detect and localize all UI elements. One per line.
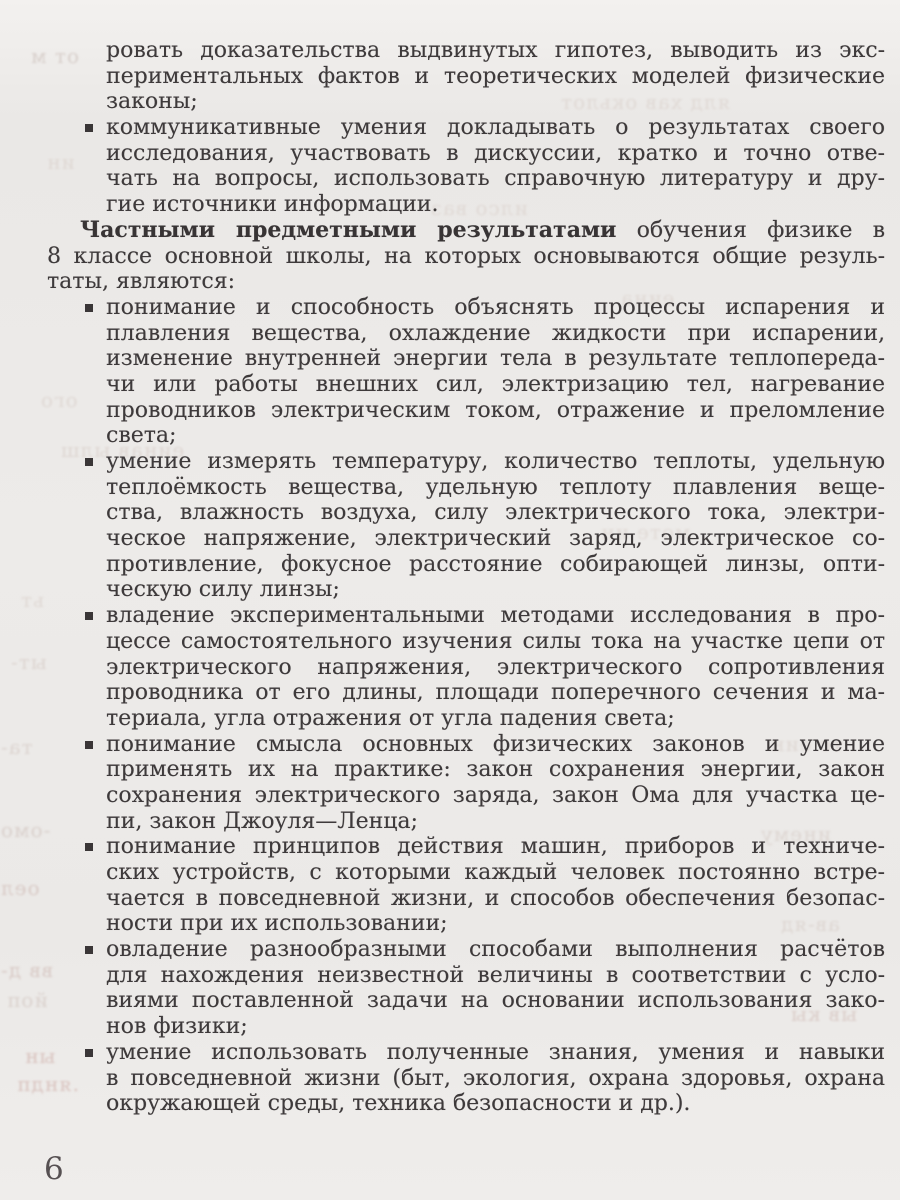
text-line: законы; <box>106 89 885 115</box>
body-text: чать на вопросы, использовать справочную… <box>106 166 885 191</box>
body-text: периментальных фактов и теоретических мо… <box>106 64 885 89</box>
text-line: плавления вещества, охлаждение жидкости … <box>106 321 885 347</box>
text-line: нов физики; <box>106 1014 885 1040</box>
text-line: проводника от его длины, площади попереч… <box>106 680 885 706</box>
text-line: для нахождения неизвестной величины в со… <box>106 963 885 989</box>
body-text: противление, фокусное расстояние собираю… <box>106 552 885 577</box>
bullet-item: коммуникативные умения докладывать о рез… <box>47 115 885 218</box>
body-text: исследования, участвовать в дискуссии, к… <box>106 141 885 166</box>
text-column: ровать доказательства выдвинутых гипотез… <box>47 38 885 1117</box>
text-line: чается в повседневной жизни, и способов … <box>106 886 885 912</box>
text-line: владение экспериментальными методами исс… <box>106 603 885 629</box>
body-text: света; <box>106 423 176 448</box>
body-text: пи, закон Джоуля—Ленца; <box>106 809 418 834</box>
text-line: понимание принципов действия машин, приб… <box>106 834 885 860</box>
bleedthrough-text: та- <box>0 735 33 759</box>
body-text: обучения физике в <box>616 218 885 243</box>
text-line: ческую силу линзы; <box>106 577 885 603</box>
bullet-item: понимание смысла основных физических зак… <box>47 732 885 835</box>
bullet-marker <box>85 612 93 620</box>
body-text: ровать доказательства выдвинутых гипотез… <box>106 38 885 63</box>
text-line: понимание смысла основных физических зак… <box>106 732 885 758</box>
body-text: окружающей среды, техника безопасности и… <box>106 1091 690 1116</box>
text-line: умение измерять температуру, количество … <box>106 449 885 475</box>
body-text: 8 классе основной школы, на которых осно… <box>47 244 885 269</box>
body-text: проводников электрическим током, отражен… <box>106 398 885 423</box>
bullet-item: умение измерять температуру, количество … <box>47 449 885 603</box>
body-text: териала, угла отражения от угла падения … <box>106 706 675 731</box>
body-text: понимание принципов действия машин, приб… <box>106 834 885 859</box>
text-line: коммуникативные умения докладывать о рез… <box>106 115 885 141</box>
body-text: владение экспериментальными методами исс… <box>106 603 885 628</box>
text-line: гие источники информации. <box>106 192 885 218</box>
text-line: проводников электрическим током, отражен… <box>106 398 885 424</box>
body-text: теплоёмкость вещества, удельную теплоту … <box>106 475 885 500</box>
body-text: цессе самостоятельного изучения силы ток… <box>106 629 885 654</box>
page-number: 6 <box>44 1152 64 1186</box>
text-line: исследования, участвовать в дискуссии, к… <box>106 141 885 167</box>
text-line: ских устройств, с которыми каждый челове… <box>106 860 885 886</box>
text-line: Частными предметными результатами обучен… <box>47 218 885 244</box>
text-line: 8 классе основной школы, на которых осно… <box>47 244 885 270</box>
bullet-item: владение экспериментальными методами исс… <box>47 603 885 731</box>
body-text: сохранения электрического заряда, закон … <box>106 783 885 808</box>
bleedthrough-text: ыт- <box>10 650 47 674</box>
body-text: умение измерять температуру, количество … <box>106 449 885 474</box>
body-text: коммуникативные умения докладывать о рез… <box>106 115 885 140</box>
text-line: овладение разнообразными способами выпол… <box>106 937 885 963</box>
body-text: гие источники информации. <box>106 192 438 217</box>
bold-text: Частными предметными результатами <box>80 217 616 243</box>
body-text: законы; <box>106 89 198 114</box>
bullet-item: овладение разнообразными способами выпол… <box>47 937 885 1040</box>
text-line: виями поставленной задачи на основании и… <box>106 988 885 1014</box>
body-text: ских устройств, с которыми каждый челове… <box>106 860 885 885</box>
text-line: применять их на практике: закон сохранен… <box>106 757 885 783</box>
body-text: применять их на практике: закон сохранен… <box>106 757 885 782</box>
body-text: ческую силу линзы; <box>106 577 340 602</box>
body-text: ности при их использовании; <box>106 911 448 936</box>
bullet-item: понимание принципов действия машин, приб… <box>47 834 885 937</box>
text-line: териала, угла отражения от угла падения … <box>106 706 885 732</box>
body-text: ства, влажность воздуха, силу электричес… <box>106 500 885 525</box>
body-text: электрического напряжения, электрическог… <box>106 655 885 680</box>
bleedthrough-text: оел <box>0 876 40 900</box>
text-line: таты, являются: <box>47 269 885 295</box>
body-text: чи или работы внешних сил, электризацию … <box>106 372 885 397</box>
text-line: противление, фокусное расстояние собираю… <box>106 552 885 578</box>
bleedthrough-text: -омо <box>0 818 50 842</box>
text-line: света; <box>106 423 885 449</box>
bullet-marker <box>85 843 93 851</box>
bullet-marker <box>85 458 93 466</box>
text-line: сохранения электрического заряда, закон … <box>106 783 885 809</box>
body-text: изменение внутренней энергии тела в резу… <box>106 346 885 371</box>
bullet-marker <box>85 1049 93 1057</box>
body-text: виями поставленной задачи на основании и… <box>106 988 885 1013</box>
body-text: понимание и способность объяснять процес… <box>106 295 885 320</box>
bullet-marker <box>85 304 93 312</box>
bleedthrough-text: йоп <box>6 988 48 1012</box>
bullet-marker <box>85 946 93 954</box>
text-line: ровать доказательства выдвинутых гипотез… <box>106 38 885 64</box>
text-line: ческое напряжение, электрический заряд, … <box>106 526 885 552</box>
body-text: ческое напряжение, электрический заряд, … <box>106 526 885 551</box>
paragraph: Частными предметными результатами обучен… <box>47 218 885 295</box>
text-line: ности при их использовании; <box>106 911 885 937</box>
body-text: таты, являются: <box>47 269 235 294</box>
text-line: окружающей среды, техника безопасности и… <box>106 1091 885 1117</box>
continuation-text: ровать доказательства выдвинутых гипотез… <box>47 38 885 115</box>
text-line: пи, закон Джоуля—Ленца; <box>106 809 885 835</box>
body-text: нов физики; <box>106 1014 248 1039</box>
bullet-marker <box>85 741 93 749</box>
text-line: понимание и способность объяснять процес… <box>106 295 885 321</box>
text-line: умение использовать полученные знания, у… <box>106 1040 885 1066</box>
text-line: чать на вопросы, использовать справочную… <box>106 166 885 192</box>
text-line: в повседневной жизни (быт, экология, охр… <box>106 1066 885 1092</box>
bullet-marker <box>85 124 93 132</box>
text-line: ства, влажность воздуха, силу электричес… <box>106 500 885 526</box>
scanned-page: от мялд хав окьлотинилсо вазеинаогоеинав… <box>0 0 900 1200</box>
text-line: чи или работы внешних сил, электризацию … <box>106 372 885 398</box>
body-text: проводника от его длины, площади попереч… <box>106 680 885 705</box>
text-line: изменение внутренней энергии тела в резу… <box>106 346 885 372</box>
bullet-item: умение использовать полученные знания, у… <box>47 1040 885 1117</box>
text-line: цессе самостоятельного изучения силы ток… <box>106 629 885 655</box>
bleedthrough-text: вв д- <box>0 958 53 982</box>
text-line: периментальных фактов и теоретических мо… <box>106 64 885 90</box>
body-text: понимание смысла основных физических зак… <box>106 732 885 757</box>
bullet-item: понимание и способность объяснять процес… <box>47 295 885 449</box>
body-text: умение использовать полученные знания, у… <box>106 1040 885 1065</box>
body-text: чается в повседневной жизни, и способов … <box>106 886 885 911</box>
body-text: овладение разнообразными способами выпол… <box>106 937 885 962</box>
bleedthrough-text: ьт <box>20 588 44 612</box>
body-text: в повседневной жизни (быт, экология, охр… <box>106 1066 885 1091</box>
body-text: для нахождения неизвестной величины в со… <box>106 963 885 988</box>
body-text: плавления вещества, охлаждение жидкости … <box>106 321 885 346</box>
text-line: теплоёмкость вещества, удельную теплоту … <box>106 475 885 501</box>
text-line: электрического напряжения, электрическог… <box>106 655 885 681</box>
